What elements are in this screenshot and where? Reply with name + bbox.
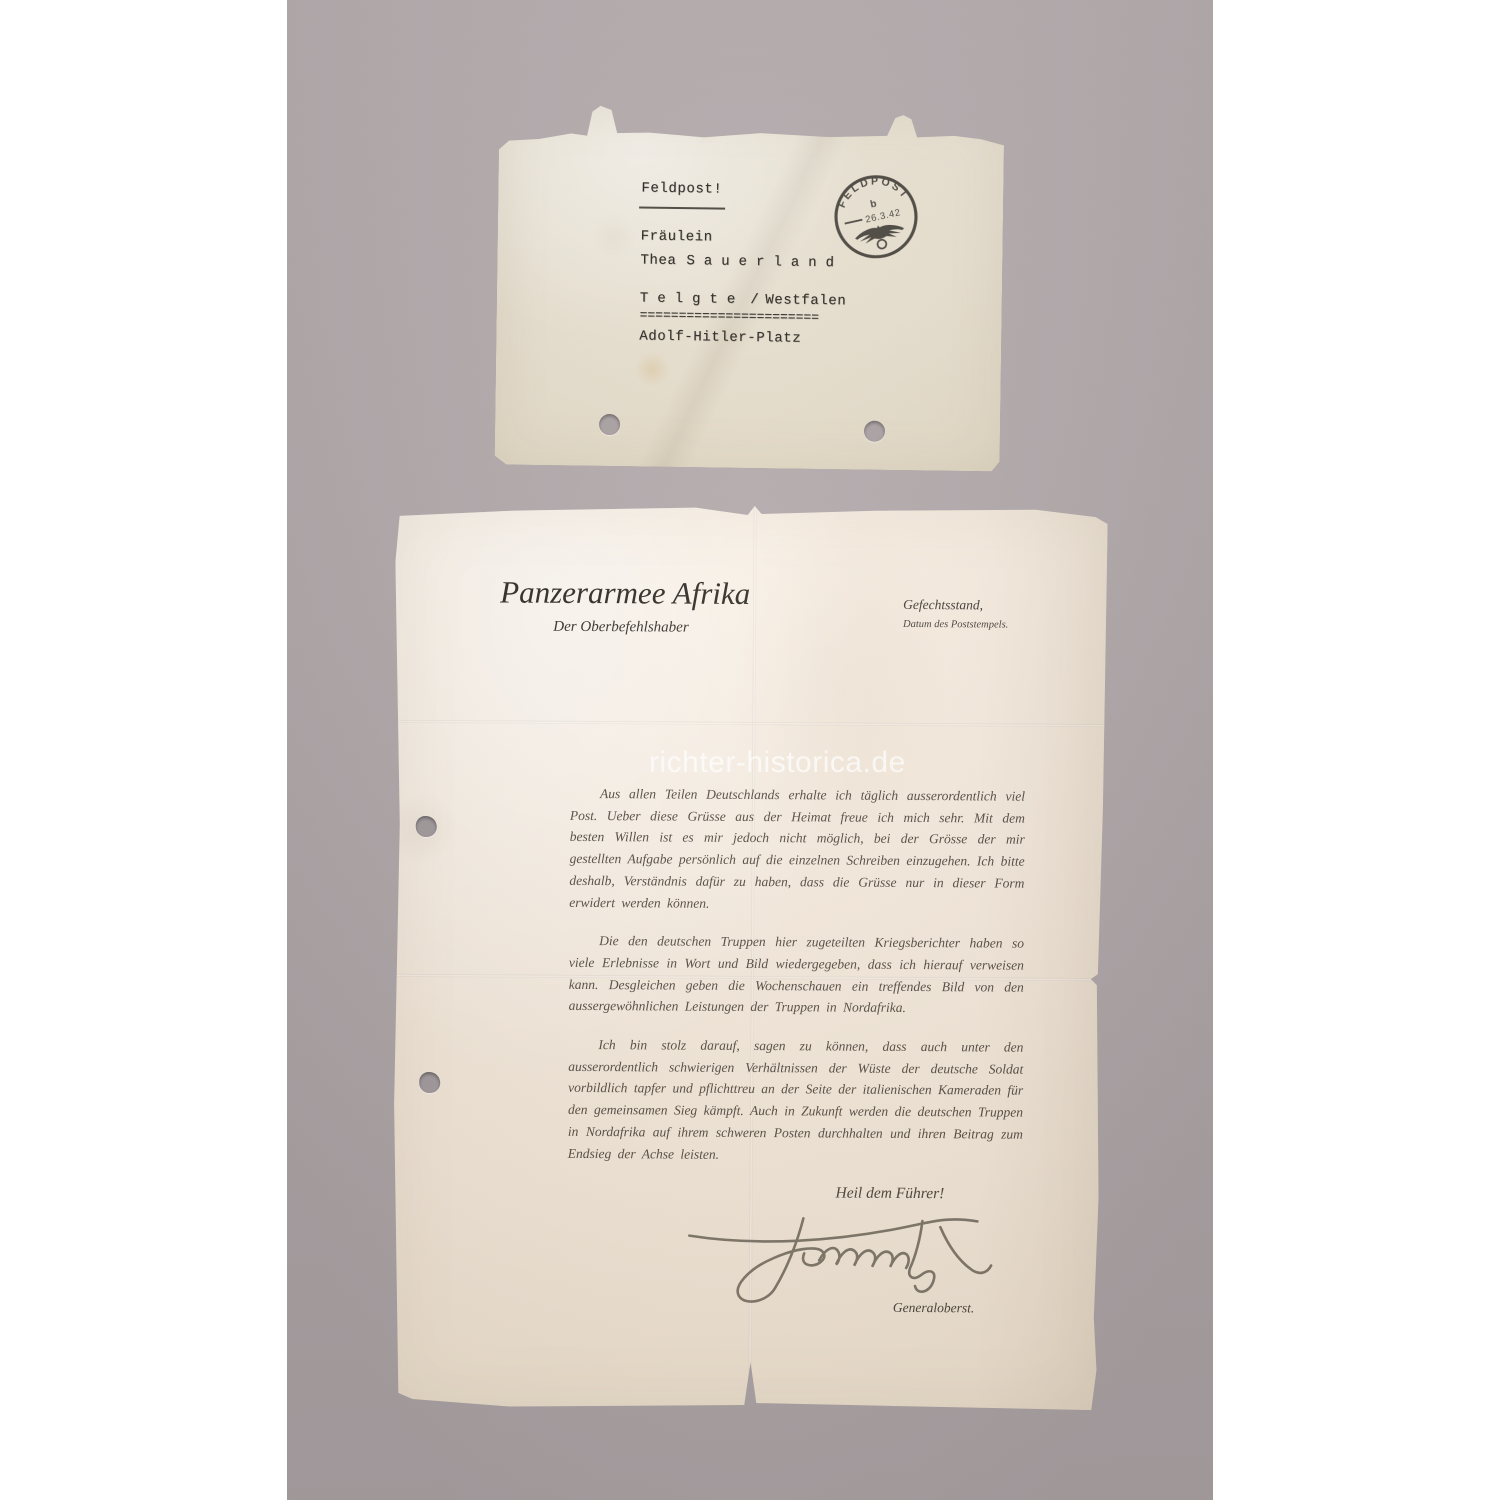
feldpost-underline bbox=[639, 206, 725, 209]
fold-line-horizontal bbox=[394, 720, 1106, 727]
punch-hole-torn bbox=[419, 1072, 440, 1093]
watermark: richter-historica.de bbox=[649, 746, 906, 780]
photograph: Feldpost! Fräulein TheaSauerland Telgte/… bbox=[287, 0, 1213, 1500]
postmark-date: 26.3.42 bbox=[864, 207, 901, 225]
postmark-code: b bbox=[869, 199, 877, 211]
address-separator: / bbox=[750, 292, 759, 308]
postmark-killer-bar bbox=[845, 220, 863, 224]
letter-closing: Heil dem Führer! bbox=[835, 1183, 1022, 1206]
letter-paragraph: Ich bin stolz darauf, sagen zu können, d… bbox=[568, 1034, 1024, 1167]
signature-rank: Generaloberst. bbox=[893, 1297, 1022, 1319]
address-town-underline: ======================= bbox=[640, 307, 820, 325]
letterhead-sender: Der Oberbefehlshaber bbox=[500, 618, 742, 636]
address-region: Westfalen bbox=[765, 292, 846, 309]
address-street: Adolf-Hitler-Platz bbox=[639, 328, 801, 346]
punch-hole-torn bbox=[416, 816, 437, 837]
punch-hole bbox=[599, 414, 620, 435]
letter-paragraph: Aus allen Teilen Deutschlands erhalte ic… bbox=[569, 783, 1025, 916]
letterhead-place-label: Gefechtsstand, bbox=[903, 597, 983, 613]
letter-paragraph: Die den deutschen Truppen hier zugeteilt… bbox=[569, 930, 1025, 1020]
address-town-line: Telgte/Westfalen bbox=[640, 290, 847, 309]
letter: Panzerarmee Afrika Der Oberbefehlshaber … bbox=[390, 504, 1107, 1410]
rommel-signature bbox=[685, 1206, 1002, 1312]
punch-hole bbox=[864, 421, 885, 442]
letterhead-date-label: Datum des Poststempels. bbox=[903, 619, 1008, 631]
feldpost-label: Feldpost! bbox=[641, 180, 722, 197]
address-first-name: Thea bbox=[640, 252, 676, 269]
address-salutation: Fräulein bbox=[641, 228, 713, 245]
envelope: Feldpost! Fräulein TheaSauerland Telgte/… bbox=[495, 104, 1005, 471]
feldpost-postmark-stamp: FELDPOST b 26.3.42 bbox=[825, 166, 926, 267]
auction-photo-page: Feldpost! Fräulein TheaSauerland Telgte/… bbox=[0, 0, 1500, 1500]
letter-body: Aus allen Teilen Deutschlands erhalte ic… bbox=[567, 783, 1025, 1319]
address-town: Telgte bbox=[640, 290, 745, 307]
letterhead-unit: Panzerarmee Afrika bbox=[500, 574, 742, 611]
address-name-line: TheaSauerland bbox=[640, 252, 843, 271]
address-last-name: Sauerland bbox=[686, 253, 843, 271]
